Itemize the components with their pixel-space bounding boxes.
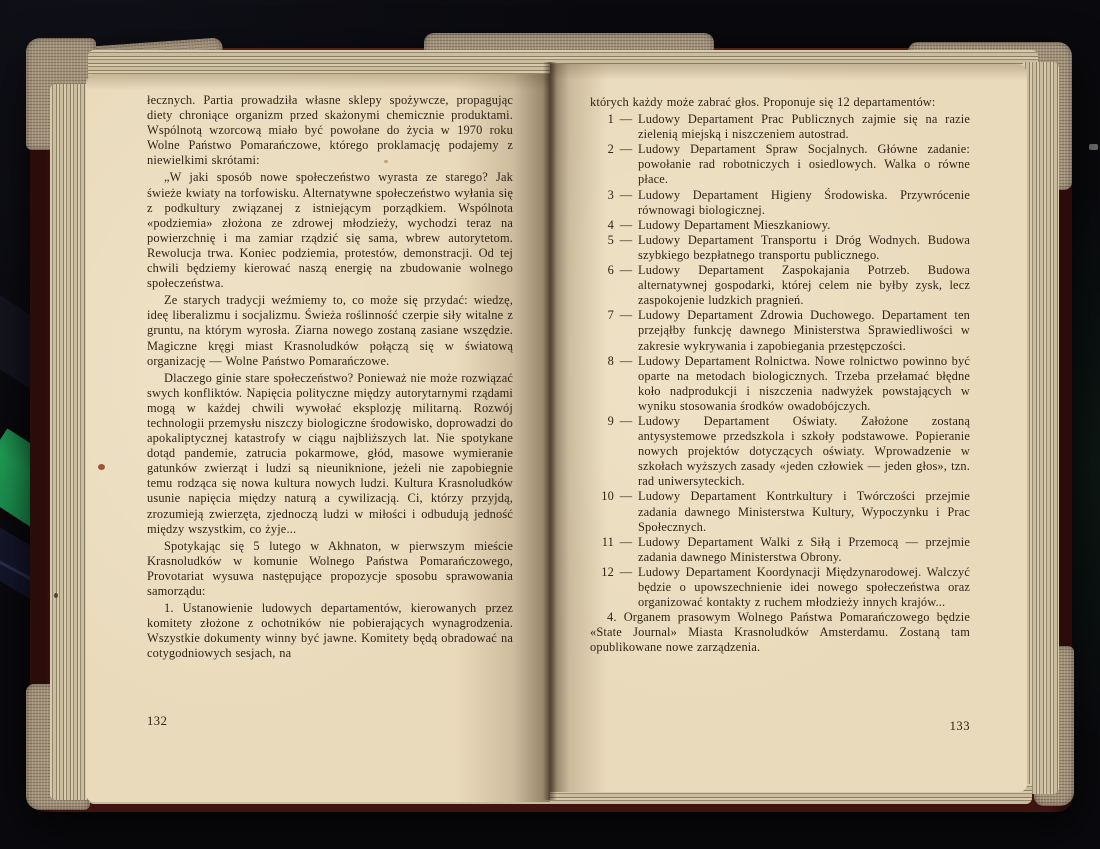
- department-text: Ludowy Departament Rolnictwa. Nowe rolni…: [638, 354, 970, 414]
- paper-speck: [54, 593, 58, 598]
- department-number: 8: [590, 354, 614, 414]
- paper-speck: [384, 160, 388, 163]
- department-text: Ludowy Departament Prac Publicznych zajm…: [638, 112, 970, 142]
- department-number: 12: [590, 565, 614, 610]
- department-text: Ludowy Departament Oświaty. Założone zos…: [638, 414, 970, 489]
- paragraph: Ze starych tradycji weźmiemy to, co może…: [147, 293, 513, 368]
- department-text: Ludowy Departament Transportu i Dróg Wod…: [638, 233, 970, 263]
- department-number: 3: [590, 188, 614, 218]
- department-text: Ludowy Departament Zaspokajania Potrzeb.…: [638, 263, 970, 308]
- department-number: 7: [590, 308, 614, 353]
- department-number: 4: [590, 218, 614, 233]
- department-list: 1—Ludowy Departament Prac Publicznych za…: [590, 112, 970, 610]
- page-stack-right-edge: [1023, 62, 1059, 794]
- department-item: 11—Ludowy Departament Walki z Siłą i Prz…: [590, 535, 970, 565]
- department-text: Ludowy Departament Koordynacji Międzynar…: [638, 565, 970, 610]
- department-dash: —: [614, 308, 638, 353]
- department-dash: —: [614, 218, 638, 233]
- department-number: 5: [590, 233, 614, 263]
- department-text: Ludowy Departament Higieny Środowiska. P…: [638, 188, 970, 218]
- department-dash: —: [614, 142, 638, 187]
- department-text: Ludowy Departament Walki z Siłą i Przemo…: [638, 535, 970, 565]
- department-number: 1: [590, 112, 614, 142]
- department-number: 10: [590, 489, 614, 534]
- department-item: 10—Ludowy Departament Kontrkultury i Twó…: [590, 489, 970, 534]
- paragraph: Spotykając się 5 lutego w Akhnaton, w pi…: [147, 539, 513, 599]
- right-page-text: których każdy może zabrać głos. Proponuj…: [590, 95, 970, 657]
- department-number: 6: [590, 263, 614, 308]
- department-text: Ludowy Departament Mieszkaniowy.: [638, 218, 970, 233]
- department-dash: —: [614, 354, 638, 414]
- paragraph: 1. Ustanowienie ludowych departamentów, …: [147, 601, 513, 661]
- department-item: 8—Ludowy Departament Rolnictwa. Nowe rol…: [590, 354, 970, 414]
- department-number: 11: [590, 535, 614, 565]
- paragraph: „W jaki sposób nowe społeczeństwo wyrast…: [147, 170, 513, 291]
- background-speck: [1089, 144, 1098, 150]
- department-dash: —: [614, 263, 638, 308]
- department-item: 7—Ludowy Departament Zdrowia Duchowego. …: [590, 308, 970, 353]
- department-item: 5—Ludowy Departament Transportu i Dróg W…: [590, 233, 970, 263]
- right-page-intro: których każdy może zabrać głos. Proponuj…: [590, 95, 970, 110]
- paper-speck: [98, 464, 105, 470]
- department-item: 6—Ludowy Departament Zaspokajania Potrze…: [590, 263, 970, 308]
- left-page-text: łecznych. Partia prowadziła własne sklep…: [147, 93, 513, 663]
- department-item: 12—Ludowy Departament Koordynacji Między…: [590, 565, 970, 610]
- department-item: 3—Ludowy Departament Higieny Środowiska.…: [590, 188, 970, 218]
- department-text: Ludowy Departament Spraw Socjalnych. Głó…: [638, 142, 970, 187]
- department-dash: —: [614, 112, 638, 142]
- paragraph: Dlaczego ginie stare społeczeństwo? Poni…: [147, 371, 513, 537]
- book-gutter-shadow: [543, 62, 557, 800]
- paragraph: łecznych. Partia prowadziła własne sklep…: [147, 93, 513, 168]
- department-number: 2: [590, 142, 614, 187]
- department-dash: —: [614, 535, 638, 565]
- left-page-number: 132: [147, 714, 167, 729]
- department-dash: —: [614, 565, 638, 610]
- right-page-number: 133: [590, 719, 970, 734]
- department-dash: —: [614, 414, 638, 489]
- department-item: 4—Ludowy Departament Mieszkaniowy.: [590, 218, 970, 233]
- department-item: 9—Ludowy Departament Oświaty. Założone z…: [590, 414, 970, 489]
- photo-scene: łecznych. Partia prowadziła własne sklep…: [0, 0, 1100, 849]
- right-page-closing: 4. Organem prasowym Wolnego Państwa Poma…: [590, 610, 970, 655]
- department-item: 1—Ludowy Departament Prac Publicznych za…: [590, 112, 970, 142]
- department-number: 9: [590, 414, 614, 489]
- department-dash: —: [614, 233, 638, 263]
- page-stack-left-edge: [50, 84, 88, 800]
- department-dash: —: [614, 489, 638, 534]
- department-item: 2—Ludowy Departament Spraw Socjalnych. G…: [590, 142, 970, 187]
- department-text: Ludowy Departament Kontrkultury i Twórcz…: [638, 489, 970, 534]
- department-dash: —: [614, 188, 638, 218]
- department-text: Ludowy Departament Zdrowia Duchowego. De…: [638, 308, 970, 353]
